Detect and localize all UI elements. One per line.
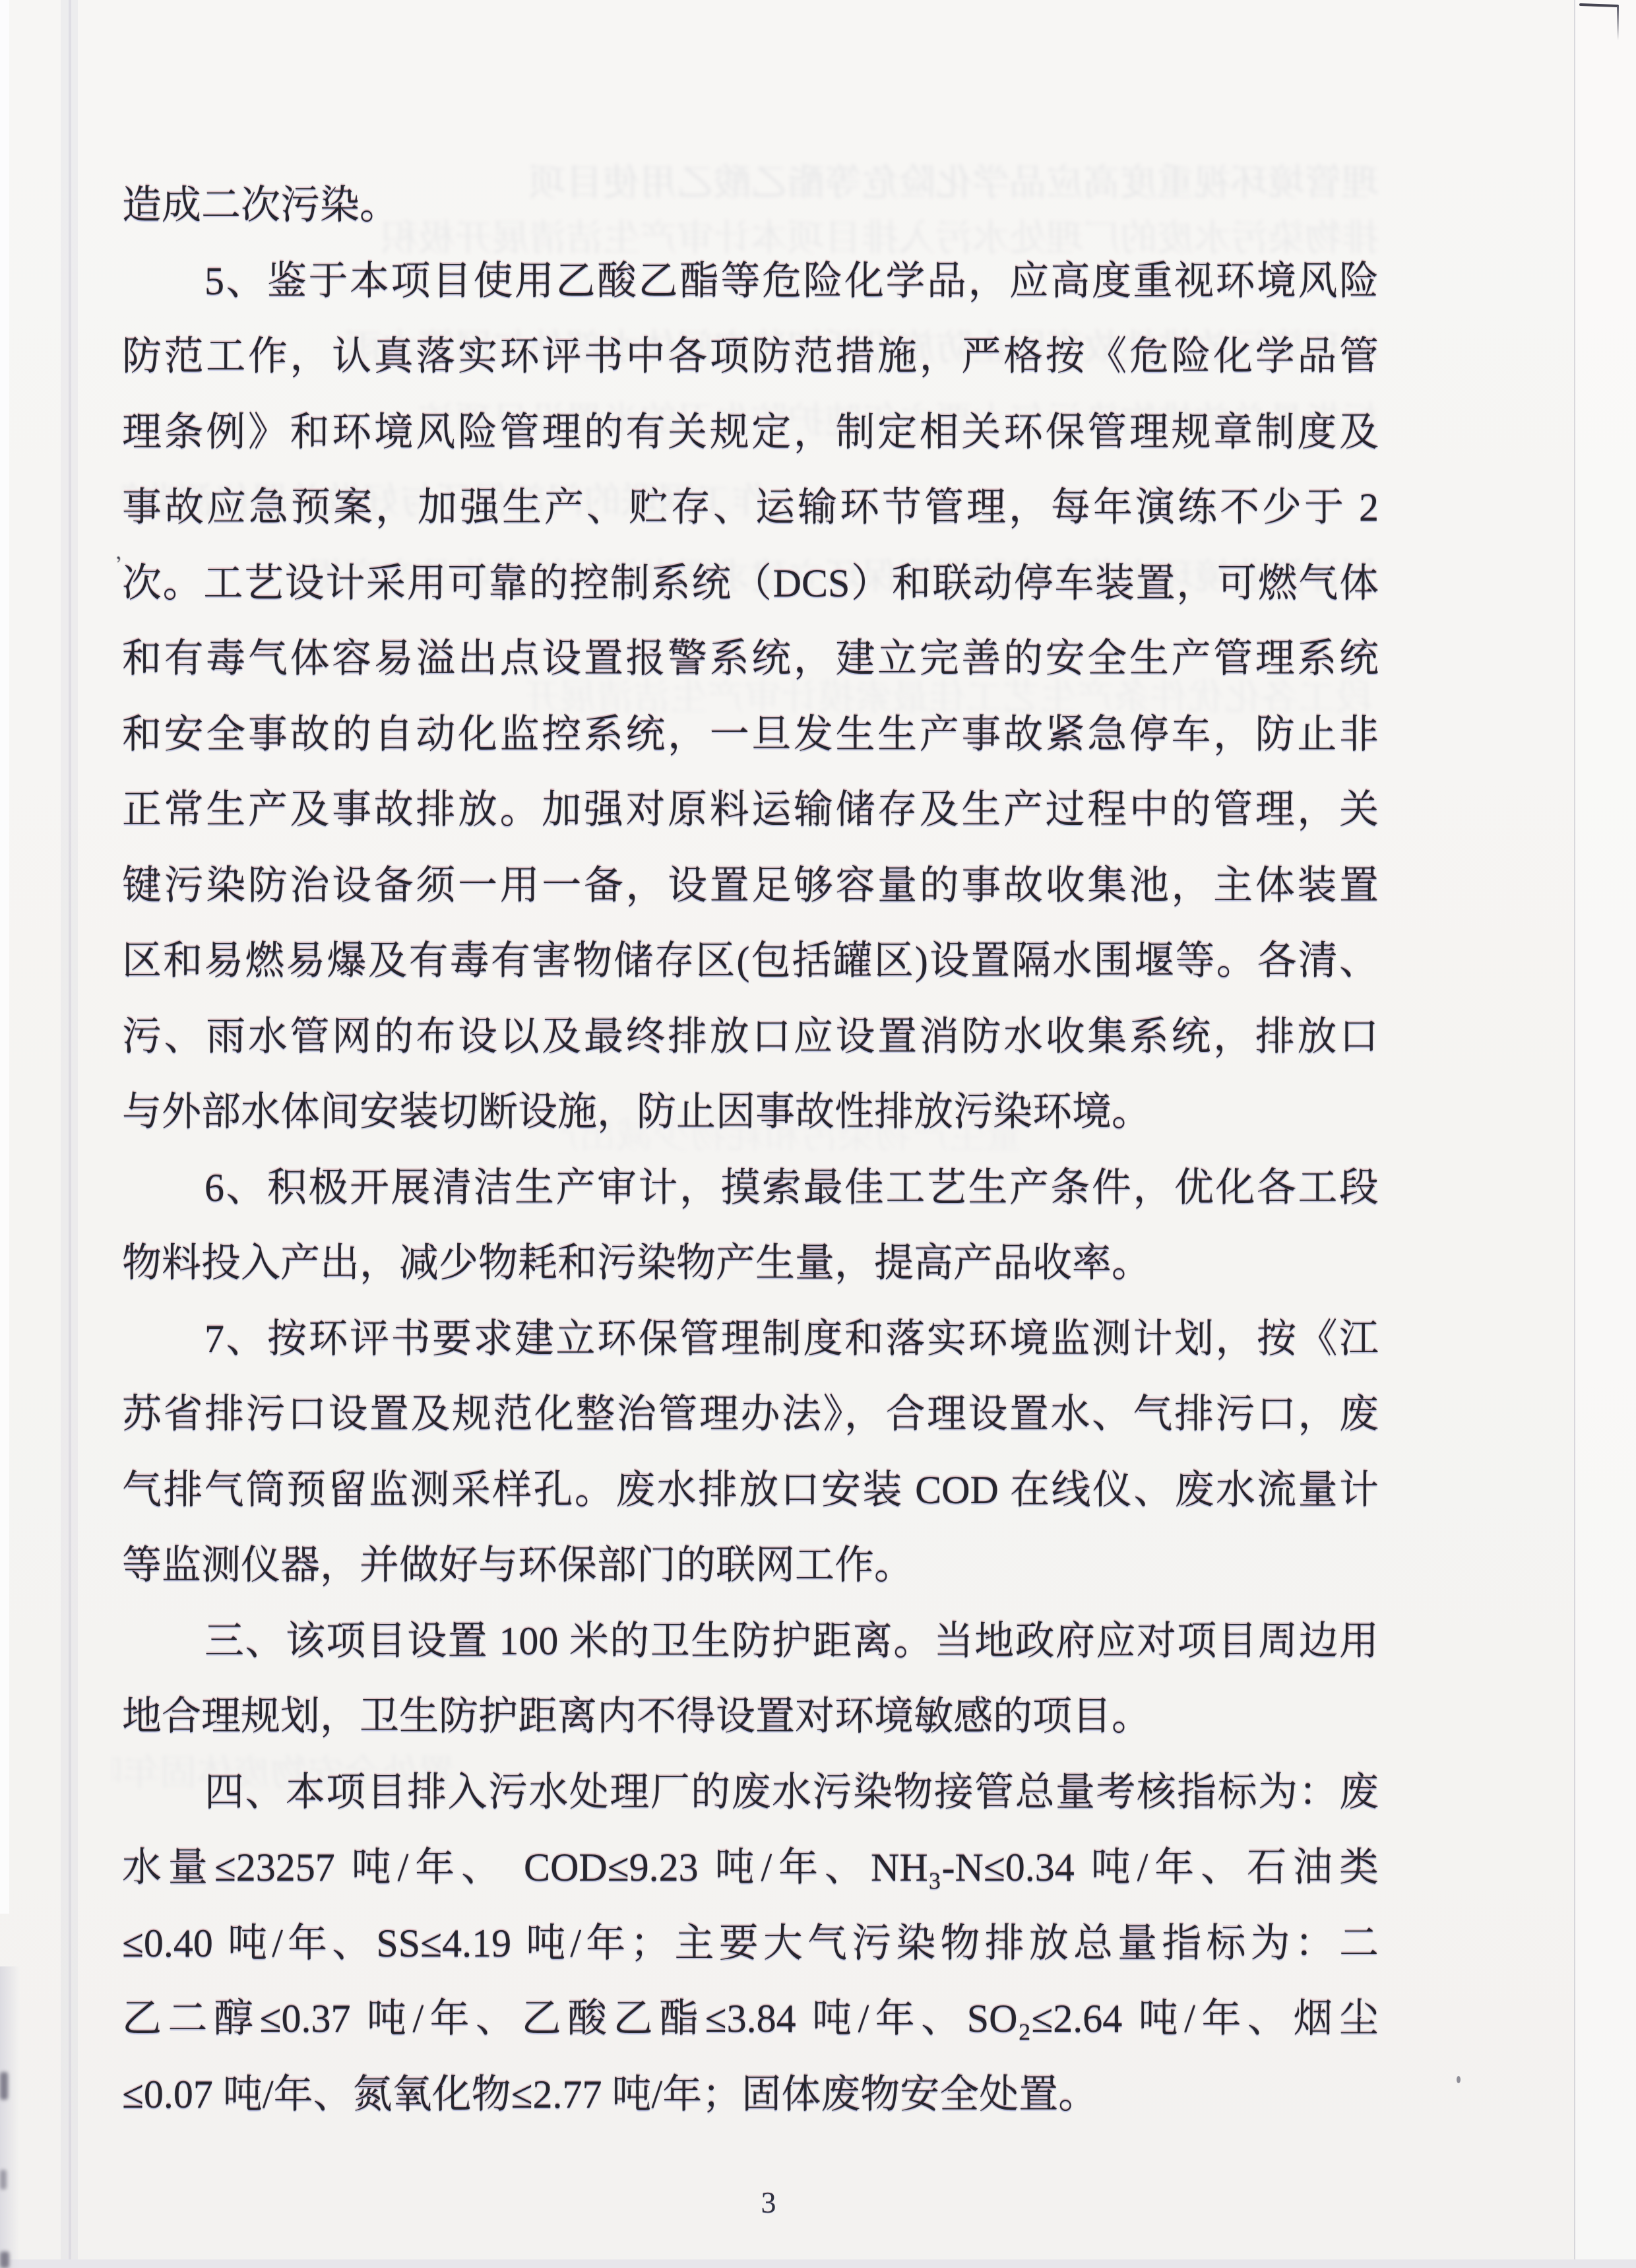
- text-line: ≤0.07 吨/年、氮氧化物≤2.77 吨/年；固体废物安全处置。: [122, 2057, 1379, 2133]
- text-line: 6、积极开展清洁生产审计，摸索最佳工艺生产条件，优化各工段: [122, 1150, 1379, 1226]
- text-line: 正常生产及事故排放。加强对原料运输储存及生产过程中的管理，关: [122, 772, 1379, 848]
- text-line: 5、鉴于本项目使用乙酸乙酯等危险化学品，应高度重视环境风险: [122, 243, 1379, 319]
- ink-speck: [1457, 2076, 1461, 2083]
- text-line: 等监测仪器，并做好与环保部门的联网工作。: [122, 1528, 1379, 1604]
- text-line: 地合理规划，卫生防护距离内不得设置对环境敏感的项目。: [122, 1679, 1379, 1755]
- text-line: 四、本项目排入污水处理厂的废水污染物接管总量考核指标为：废: [122, 1755, 1379, 1831]
- text-line: 造成二次污染。: [122, 168, 1379, 243]
- left-page-edge: [0, 0, 9, 1914]
- bottom-scan-edge: [0, 2259, 1636, 2268]
- left-scan-shadow-band: [61, 0, 78, 2268]
- text-line: 三、该项目设置 100 米的卫生防护距离。当地政府应对项目周边用: [122, 1604, 1379, 1679]
- document-body-text: 造成二次污染。5、鉴于本项目使用乙酸乙酯等危险化学品，应高度重视环境风险防范工作…: [122, 168, 1379, 2132]
- text-line: 污、雨水管网的布设以及最终排放口应设置消防水收集系统，排放口: [122, 999, 1379, 1075]
- text-line: 理条例》和环境风险管理的有关规定，制定相关环保管理规章制度及: [122, 395, 1379, 470]
- scan-smudge: [0, 2072, 8, 2100]
- text-line: 乙二醇≤0.37 吨/年、乙酸乙酯≤3.84 吨/年、SO₂≤2.64 吨/年、…: [122, 1981, 1379, 2057]
- text-line: 防范工作，认真落实环评书中各项防范措施，严格按《危险化学品管: [122, 319, 1379, 395]
- text-line: 气排气筒预留监测采样孔。废水排放口安装 COD 在线仪、废水流量计: [122, 1452, 1379, 1528]
- scan-smudge: [0, 2170, 7, 2189]
- text-line: 7、按环评书要求建立环保管理制度和落实环境监测计划，按《江: [122, 1301, 1379, 1377]
- text-line: 次。工艺设计采用可靠的控制系统（DCS）和联动停车装置，可燃气体: [122, 546, 1379, 622]
- page-number: 3: [722, 2183, 815, 2222]
- text-line: 与外部水体间安装切断设施，防止因事故性排放污染环境。: [122, 1074, 1379, 1150]
- text-line: 区和易燃易爆及有毒有害物储存区(包括罐区)设置隔水围堰等。各清、: [122, 923, 1379, 999]
- text-line: ≤0.40 吨/年、SS≤4.19 吨/年；主要大气污染物排放总量指标为：二: [122, 1906, 1379, 1982]
- scan-smudge: [0, 2252, 9, 2268]
- text-line: 和有毒气体容易溢出点设置报警系统，建立完善的安全生产管理系统: [122, 621, 1379, 697]
- text-line: 苏省排污口设置及规范化整治管理办法》，合理设置水、气排污口，废: [122, 1377, 1379, 1452]
- bottom-left-shadow-band: [0, 1966, 20, 2268]
- text-line: 键污染防治设备须一用一备，设置足够容量的事故收集池，主体装置: [122, 848, 1379, 924]
- text-line: 水量≤23257 吨/年、 COD≤9.23 吨/年、NH₃-N≤0.34 吨/…: [122, 1830, 1379, 1906]
- text-line: 和安全事故的自动化监控系统，一旦发生生产事故紧急停车，防止非: [122, 697, 1379, 773]
- top-right-corner-mark: [1579, 3, 1619, 7]
- text-line: 物料投入产出，减少物耗和污染物产生量，提高产品收率。: [122, 1225, 1379, 1301]
- text-line: 事故应急预案，加强生产、贮存、运输环节管理，每年演练不少于 2: [122, 470, 1379, 546]
- top-right-corner-mark-vertical: [1617, 6, 1619, 40]
- right-edge-light-area: [1575, 0, 1636, 2268]
- right-page-edge-seam: [1574, 0, 1575, 2268]
- left-scan-shadow-line: [69, 0, 71, 2268]
